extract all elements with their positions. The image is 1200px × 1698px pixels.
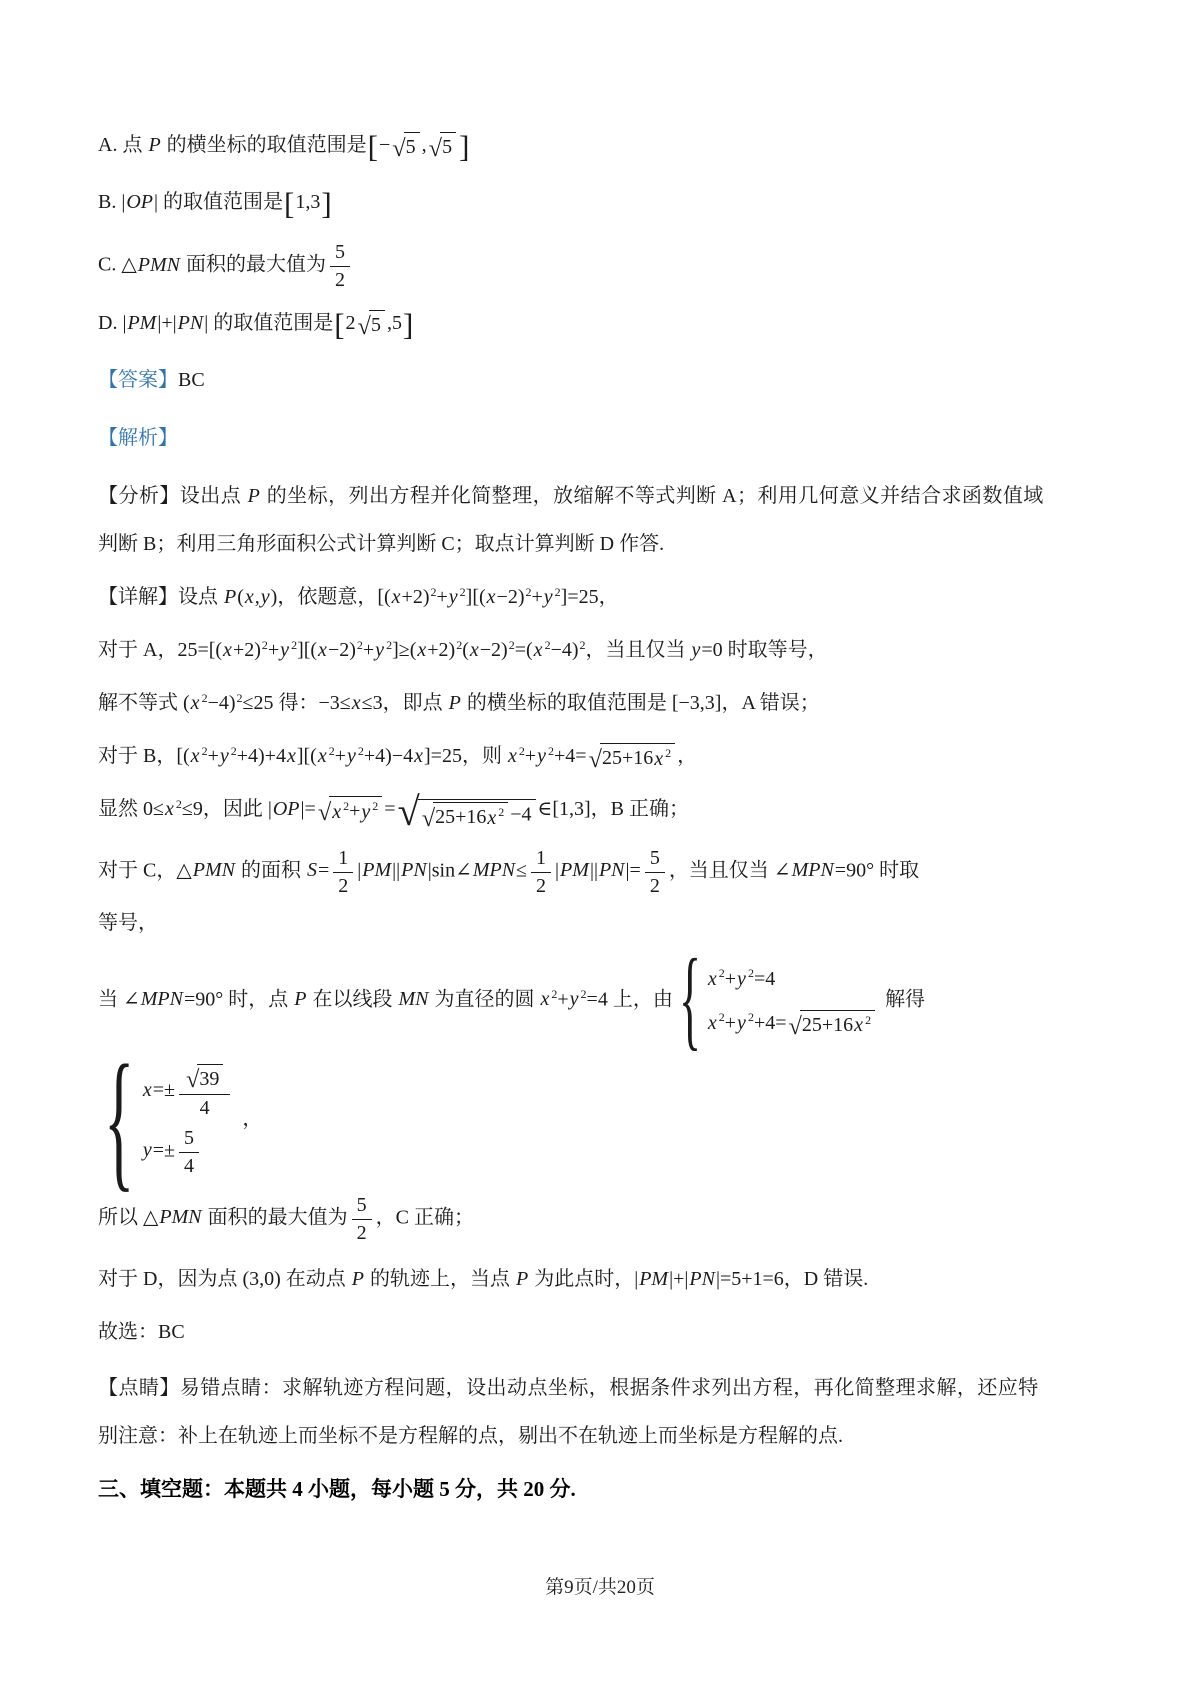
superscript: 2 xyxy=(498,805,504,819)
text-run: , xyxy=(422,134,427,156)
text-run: 2 xyxy=(346,312,356,334)
text-run: −4) xyxy=(551,639,579,661)
fraction-denominator: 4 xyxy=(179,1153,199,1178)
math-run: x xyxy=(244,586,255,608)
text-run: 5 xyxy=(371,314,381,336)
radicand: 25+16x2 xyxy=(433,802,508,830)
text-run: 解不等式 ( xyxy=(98,692,190,714)
radicand: 25+16x2 xyxy=(800,1010,875,1038)
text-run: +2) xyxy=(427,639,455,661)
fraction-numerator: 5 xyxy=(179,1126,199,1153)
block-detail-b2: 显然 0≤x2≤9，因此 |OP|=√x2+y2=√√25+16x2−4∈[1,… xyxy=(98,790,1106,831)
text-run: 25+16 xyxy=(802,1014,853,1036)
math-run: x xyxy=(142,1079,153,1101)
text-run: +4= xyxy=(754,1012,787,1034)
text-run: || xyxy=(590,859,598,881)
math-run: y xyxy=(691,639,702,661)
text-run: ][( xyxy=(466,586,486,608)
brace-icon: { xyxy=(679,944,701,1057)
text-run: 对于 D，因为点 (3,0) 在动点 xyxy=(98,1268,351,1290)
text-run: =± xyxy=(153,1079,175,1101)
math-run: y xyxy=(448,586,459,608)
math-run: P xyxy=(351,1268,365,1290)
block-analysis-label: 【解析】 xyxy=(98,419,1106,457)
text-run: |= xyxy=(626,859,641,881)
block-tip-1: 【点睛】易错点睛：求解轨迹方程问题，设出动点坐标，根据条件求列出方程，再化简整理… xyxy=(98,1369,1106,1407)
fraction-denominator: 4 xyxy=(179,1095,230,1120)
block-option-b: B. |OP| 的取值范围是[1,3] xyxy=(98,183,1106,221)
math-run: x xyxy=(507,745,518,767)
fraction-denominator: 2 xyxy=(333,873,353,898)
text-run: 1,3 xyxy=(295,191,320,213)
text-run: + xyxy=(349,801,360,823)
block-tip-2: 别注意：补上在轨迹上而坐标不是方程解的点，剔出不在轨迹上而坐标是方程解的点. xyxy=(98,1417,1106,1455)
math-run: P xyxy=(247,485,262,507)
fraction: 52 xyxy=(330,240,350,292)
text-run: + xyxy=(268,639,279,661)
math-run: y xyxy=(219,745,230,767)
math-run: y xyxy=(346,745,357,767)
text-run: −4) xyxy=(208,692,236,714)
block-detail-d: 对于 D，因为点 (3,0) 在动点 P 的轨迹上，当点 P 为此点时，|PM|… xyxy=(98,1260,1106,1298)
math-run: x xyxy=(190,745,201,767)
block-answer: 【答案】BC xyxy=(98,361,1106,399)
superscript: 2 xyxy=(865,1013,871,1027)
fraction-numerator: 1 xyxy=(333,846,353,873)
text-run: + xyxy=(363,639,374,661)
text-run: + xyxy=(532,586,543,608)
superscript: 2 xyxy=(372,799,378,813)
text-run: +2) xyxy=(402,586,430,608)
text-run: +4= xyxy=(554,745,587,767)
text-run: B. | xyxy=(98,191,125,213)
math-run: y xyxy=(536,745,547,767)
text-run: || xyxy=(392,859,400,881)
math-run: PMN xyxy=(158,1206,202,1228)
math-run: x xyxy=(469,639,480,661)
text-run: |=5+1=6，D 错误. xyxy=(716,1268,868,1290)
text-run: 的坐标，列出方程并化简整理，放缩解不等式判断 A；利用几何意义并结合求函数值域 xyxy=(261,485,1043,507)
radicand: 5 xyxy=(404,132,420,160)
text-run: ( xyxy=(237,586,244,608)
math-run: x xyxy=(486,807,497,829)
fraction: 52 xyxy=(645,846,665,898)
math-run: PMN xyxy=(137,254,181,276)
radical-sign: √ xyxy=(186,1068,199,1092)
text-run: +4)+4 xyxy=(237,745,286,767)
big-bracket: ] xyxy=(320,186,332,221)
sqrt-radical: √25+16x2 xyxy=(789,1010,876,1038)
text-run: 25+16 xyxy=(602,748,653,770)
block-conclusion: 故选：BC xyxy=(98,1313,1106,1351)
math-run: x xyxy=(413,745,424,767)
text-run: 5 xyxy=(406,136,416,158)
math-run: P xyxy=(293,988,307,1010)
fraction-numerator: 5 xyxy=(645,846,665,873)
sqrt-radical: √39 xyxy=(186,1064,223,1092)
math-run: y xyxy=(142,1139,153,1161)
big-bracket: ] xyxy=(402,307,414,342)
radical-sign: √ xyxy=(392,137,405,161)
text-run: 三、填空题：本题共 4 小题，每小题 5 分，共 20 分. xyxy=(98,1477,576,1501)
math-run: y xyxy=(360,801,371,823)
math-run: PM xyxy=(361,859,392,881)
text-run: =± xyxy=(153,1139,175,1161)
text-run: 5 xyxy=(442,136,452,158)
block-detail-b: 对于 B，[(x2+y2+4)+4x][(x2+y2+4)−4x]=25，则 x… xyxy=(98,737,1106,775)
system-row: y=±54 xyxy=(140,1123,237,1181)
math-run: x xyxy=(539,988,550,1010)
sqrt-radical: √5 xyxy=(358,310,385,338)
math-run: PMN xyxy=(192,859,236,881)
math-run: MN xyxy=(397,988,429,1010)
math-run: x xyxy=(653,748,664,770)
math-run: y xyxy=(260,586,271,608)
section-label: 【答案】 xyxy=(98,369,178,391)
big-bracket: ] xyxy=(458,129,470,164)
math-run: y xyxy=(736,968,747,990)
text-run: 【详解】设点 xyxy=(98,586,223,608)
block-detail-c2: 等号， xyxy=(98,904,1106,942)
text-run: =4 xyxy=(754,968,775,990)
math-run: x xyxy=(286,745,297,767)
text-run: = xyxy=(318,859,329,881)
text-run: + xyxy=(208,745,219,767)
section-label: 【解析】 xyxy=(98,427,178,449)
block-detail-setup: 【详解】设点 P(x,y)，依题意，[(x+2)2+y2][(x−2)2+y2]… xyxy=(98,578,1106,616)
radicand: x2+y2 xyxy=(329,796,382,824)
big-bracket: [ xyxy=(333,307,345,342)
text-run: +4)−4 xyxy=(364,745,413,767)
block-detail-c3: 当 ∠MPN=90° 时，点 P 在以线段 MN 为直径的圆 x2+y2=4 上… xyxy=(98,957,1106,1045)
text-run: |+| xyxy=(157,312,176,334)
text-run: D. | xyxy=(98,312,126,334)
fraction-denominator: 2 xyxy=(645,873,665,898)
math-run: x xyxy=(317,639,328,661)
text-run: )，依题意，[( xyxy=(271,586,391,608)
text-run: ， xyxy=(242,1108,262,1130)
text-run: BC xyxy=(178,369,205,391)
math-run: x xyxy=(190,692,201,714)
sqrt-radical: √25+16x2 xyxy=(589,743,676,771)
block-detail-a: 对于 A，25=[(x+2)2+y2][(x−2)2+y2]≥(x+2)2(x−… xyxy=(98,631,1106,669)
text-run: −2) xyxy=(480,639,508,661)
math-run: x xyxy=(351,692,362,714)
math-run: x xyxy=(391,586,402,608)
sqrt-radical: √x2+y2 xyxy=(318,796,382,824)
text-run: 【点睛】易错点睛：求解轨迹方程问题，设出动点坐标，根据条件求列出方程，再化简整理… xyxy=(98,1377,1039,1399)
math-run: P xyxy=(223,586,237,608)
fraction-denominator: 2 xyxy=(330,267,350,292)
text-run: 的横坐标的取值范围是 xyxy=(162,134,367,156)
text-run: C. △ xyxy=(98,254,137,276)
math-run: x xyxy=(416,639,427,661)
math-run: MPN xyxy=(791,859,835,881)
text-run: + xyxy=(557,988,568,1010)
block-option-a: A. 点 P 的横坐标的取值范围是[−√5,√5] xyxy=(98,126,1106,164)
brace-icon: { xyxy=(104,1042,134,1197)
text-run: | 的取值范围是 xyxy=(154,191,283,213)
text-run: 对于 B，[( xyxy=(98,745,190,767)
page-number: 第9页/共20页 xyxy=(545,1577,655,1598)
text-run: =4 上，由 xyxy=(587,988,673,1010)
fraction-numerator: 5 xyxy=(330,240,350,267)
text-run: 解得 xyxy=(885,988,925,1010)
text-run: +2) xyxy=(233,639,261,661)
text-run: + xyxy=(525,745,536,767)
math-run: y xyxy=(569,988,580,1010)
text-run: =( xyxy=(515,639,533,661)
radicand: 5 xyxy=(369,310,385,338)
radicand: 25+16x2 xyxy=(600,743,675,771)
text-run: + xyxy=(335,745,346,767)
text-run: −2) xyxy=(497,586,525,608)
text-run: = xyxy=(384,798,395,820)
text-run: 对于 A，25=[( xyxy=(98,639,222,661)
text-run: ，当且仅当 xyxy=(586,639,691,661)
math-run: MPN xyxy=(140,988,184,1010)
block-section-heading: 三、填空题：本题共 4 小题，每小题 5 分，共 20 分. xyxy=(98,1470,1106,1510)
text-run: ,5 xyxy=(387,312,402,334)
text-run: ≤3，即点 xyxy=(362,692,448,714)
text-run: | 的取值范围是 xyxy=(204,312,333,334)
block-detail-c5: 所以 △PMN 面积的最大值为52，C 正确； xyxy=(98,1193,1106,1245)
math-run: P xyxy=(147,134,161,156)
radicand: √25+16x2−4 xyxy=(418,799,536,830)
math-run: PM xyxy=(559,859,590,881)
text-run: ]≥( xyxy=(392,639,416,661)
text-run: 在以线段 xyxy=(307,988,397,1010)
fraction-numerator: 1 xyxy=(531,846,551,873)
text-run: 判断 B；利用三角形面积公式计算判断 C；取点计算判断 D 作答. xyxy=(98,533,664,555)
superscript: 2 xyxy=(665,746,671,760)
system-rows: x=±√394y=±54 xyxy=(140,1060,237,1181)
math-run: y xyxy=(736,1012,747,1034)
equation-system: {x2+y2=4x2+y2+4=√25+16x2 xyxy=(679,957,879,1045)
text-run: + xyxy=(725,1012,736,1034)
text-run: ， xyxy=(677,745,697,767)
fraction: √394 xyxy=(179,1063,230,1120)
fraction: 54 xyxy=(179,1126,199,1178)
text-run: 25+16 xyxy=(435,807,486,829)
text-run: A. 点 xyxy=(98,134,147,156)
text-run: + xyxy=(437,586,448,608)
text-run: 的横坐标的取值范围是 [−3,3]，A 错误； xyxy=(462,692,820,714)
text-run: ≤25 得：−3≤ xyxy=(243,692,351,714)
radicand: 39 xyxy=(197,1064,223,1092)
text-run: ][( xyxy=(297,639,317,661)
math-run: x xyxy=(853,1014,864,1036)
text-run: − xyxy=(379,134,390,156)
math-run: PN xyxy=(177,312,205,334)
document-content: A. 点 P 的横坐标的取值范围是[−√5,√5]B. |OP| 的取值范围是[… xyxy=(98,126,1106,1524)
document-page: A. 点 P 的横坐标的取值范围是[−√5,√5]B. |OP| 的取值范围是[… xyxy=(0,0,1200,1698)
text-run: 对于 C，△ xyxy=(98,859,192,881)
math-run: y xyxy=(543,586,554,608)
fraction-denominator: 2 xyxy=(531,873,551,898)
math-run: MPN xyxy=(472,859,516,881)
math-run: OP xyxy=(125,191,154,213)
fraction-denominator: 2 xyxy=(352,1220,372,1245)
radical-sign: √ xyxy=(358,315,371,339)
math-run: y xyxy=(374,639,385,661)
radical-sign: √ xyxy=(789,1015,802,1039)
text-run: 面积的最大值为 xyxy=(181,254,326,276)
math-run: PN xyxy=(688,1268,716,1290)
sqrt-radical: √5 xyxy=(392,132,419,160)
text-run: 为此点时，| xyxy=(529,1268,638,1290)
fraction-numerator: 5 xyxy=(352,1193,372,1220)
math-run: x xyxy=(486,586,497,608)
math-run: x xyxy=(222,639,233,661)
math-run: PN xyxy=(598,859,626,881)
radical-sign: √ xyxy=(589,748,602,772)
math-run: x xyxy=(331,801,342,823)
math-run: P xyxy=(515,1268,529,1290)
block-detail-c: 对于 C，△PMN 的面积 S=12|PM||PN|sin∠MPN≤12|PM|… xyxy=(98,846,1106,898)
text-run: ，当且仅当 ∠ xyxy=(669,859,791,881)
math-run: PN xyxy=(400,859,428,881)
text-run: |= xyxy=(301,798,316,820)
text-run: ]=25， xyxy=(561,586,619,608)
text-run: ][( xyxy=(297,745,317,767)
big-bracket: [ xyxy=(367,129,379,164)
math-run: x xyxy=(533,639,544,661)
system-row: x2+y2+4=√25+16x2 xyxy=(705,1001,879,1045)
text-run: ≤9，因此 | xyxy=(182,798,272,820)
math-run: x xyxy=(317,745,328,767)
system-row: x2+y2=4 xyxy=(705,957,879,1001)
fraction-numerator: √39 xyxy=(179,1063,230,1095)
math-run: PM xyxy=(126,312,157,334)
math-run: y xyxy=(279,639,290,661)
math-run: x xyxy=(164,798,175,820)
system-row: x=±√394 xyxy=(140,1060,237,1123)
math-run: P xyxy=(448,692,462,714)
fraction: 52 xyxy=(352,1193,372,1245)
sqrt-radical: √25+16x2 xyxy=(422,802,509,830)
page-footer: 第9页/共20页 xyxy=(0,1572,1200,1599)
math-run: OP xyxy=(272,798,301,820)
text-run: 的轨迹上，当点 xyxy=(365,1268,515,1290)
big-bracket: [ xyxy=(283,186,295,221)
text-run: ，C 正确； xyxy=(376,1206,474,1228)
text-run: −4 xyxy=(510,804,531,826)
text-run: + xyxy=(725,968,736,990)
text-run: 的面积 xyxy=(236,859,306,881)
fraction: 12 xyxy=(531,846,551,898)
text-run: 面积的最大值为 xyxy=(203,1206,348,1228)
radical-sign: √ xyxy=(318,801,331,825)
sqrt-radical: √5 xyxy=(429,132,456,160)
radical-sign: √ xyxy=(422,807,435,831)
equation-system: {x=±√394y=±54 xyxy=(104,1060,236,1181)
math-run: S xyxy=(306,859,318,881)
text-run: ≤ xyxy=(516,859,527,881)
text-run: 为直径的圆 xyxy=(429,988,539,1010)
radical-sign: √ xyxy=(398,792,420,832)
block-detail-a2: 解不等式 (x2−4)2≤25 得：−3≤x≤3，即点 P 的横坐标的取值范围是… xyxy=(98,684,1106,722)
text-run: =0 时取等号， xyxy=(701,639,827,661)
text-run: =90° 时取 xyxy=(835,859,919,881)
block-option-d: D. |PM|+|PN| 的取值范围是[2√5,5] xyxy=(98,304,1106,342)
radicand: 5 xyxy=(440,132,456,160)
text-run: ( xyxy=(462,639,469,661)
text-run: 别注意：补上在轨迹上而坐标不是方程解的点，剔出不在轨迹上而坐标是方程解的点. xyxy=(98,1425,843,1447)
block-analysis-1: 【分析】设出点 P 的坐标，列出方程并化简整理，放缩解不等式判断 A；利用几何意… xyxy=(98,477,1106,515)
block-detail-c4: {x=±√394y=±54， xyxy=(98,1060,1106,1181)
text-run: 等号， xyxy=(98,912,158,934)
text-run: 【分析】设出点 xyxy=(98,485,247,507)
math-run: PM xyxy=(638,1268,669,1290)
text-run: −2) xyxy=(328,639,356,661)
block-analysis-2: 判断 B；利用三角形面积公式计算判断 C；取点计算判断 D 作答. xyxy=(98,525,1106,563)
fraction: 12 xyxy=(333,846,353,898)
text-run: 39 xyxy=(199,1068,219,1090)
text-run: 当 ∠ xyxy=(98,988,140,1010)
radical-sign: √ xyxy=(429,137,442,161)
text-run: |sin∠ xyxy=(428,859,472,881)
math-run: x xyxy=(707,968,718,990)
system-rows: x2+y2=4x2+y2+4=√25+16x2 xyxy=(705,957,879,1045)
math-run: x xyxy=(707,1012,718,1034)
text-run: ]=25，则 xyxy=(424,745,507,767)
text-run: 显然 0≤ xyxy=(98,798,164,820)
text-run: 故选：BC xyxy=(98,1321,185,1343)
block-option-c: C. △PMN 面积的最大值为52 xyxy=(98,240,1106,292)
sqrt-radical: √√25+16x2−4 xyxy=(398,790,536,830)
text-run: =90° 时，点 xyxy=(184,988,293,1010)
text-run: ∈[1,3]，B 正确； xyxy=(538,798,689,820)
text-run: |+| xyxy=(669,1268,688,1290)
text-run: 所以 △ xyxy=(98,1206,158,1228)
